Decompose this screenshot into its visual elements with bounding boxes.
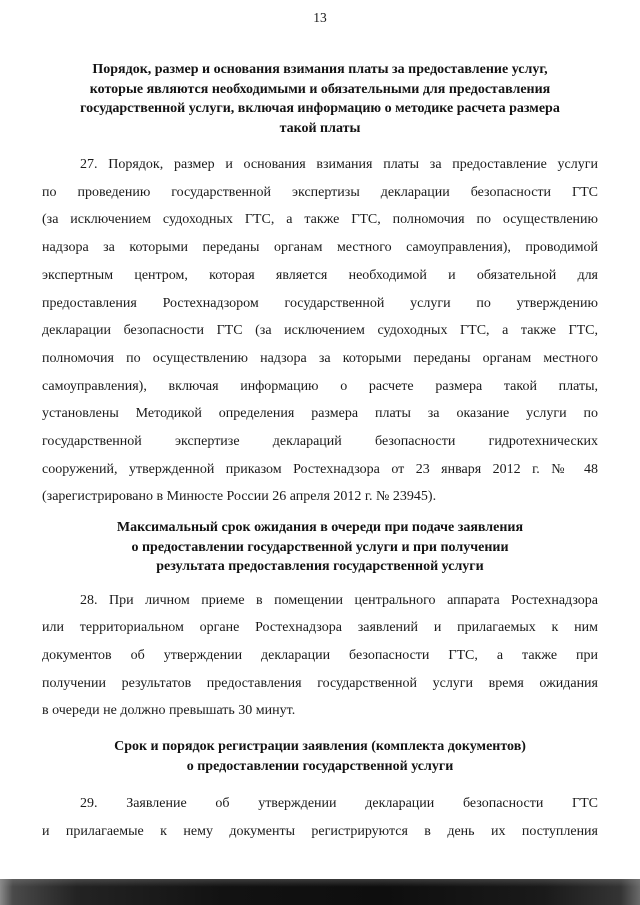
text-line: декларации безопасности ГТС (за исключен… bbox=[42, 317, 598, 345]
text-line: государственной экспертизе деклараций бе… bbox=[42, 428, 598, 456]
text-line: 27. Порядок, размер и основания взимания… bbox=[42, 151, 598, 179]
text-line: Порядок, размер и основания взимания пла… bbox=[42, 60, 598, 80]
text-line: по проведению государственной экспертизы… bbox=[42, 179, 598, 207]
scanner-edge-artifact-bar bbox=[0, 879, 640, 905]
text-line: (зарегистрировано в Минюсте России 26 ап… bbox=[42, 483, 598, 511]
text-line: 28. При личном приеме в помещении центра… bbox=[42, 587, 598, 615]
text-line: такой платы bbox=[42, 119, 598, 139]
text-line: полномочия по осуществлению надзора за к… bbox=[42, 345, 598, 373]
text-line: о предоставлении государственной услуги … bbox=[42, 538, 598, 558]
text-line: в очереди не должно превышать 30 минут. bbox=[42, 697, 598, 725]
paragraph-28: 28. При личном приеме в помещении центра… bbox=[42, 587, 598, 726]
text-line: получении результатов предоставления гос… bbox=[42, 670, 598, 698]
text-line: документов об утверждении декларации без… bbox=[42, 642, 598, 670]
page-number: 13 bbox=[42, 10, 598, 26]
paragraph-27: 27. Порядок, размер и основания взимания… bbox=[42, 151, 598, 511]
text-line: надзора за которыми переданы органам мес… bbox=[42, 234, 598, 262]
section-heading-payment-order: Порядок, размер и основания взимания пла… bbox=[42, 60, 598, 138]
text-line: 29. Заявление об утверждении декларации … bbox=[42, 790, 598, 818]
section-heading-max-waiting-time: Максимальный срок ожидания в очереди при… bbox=[42, 518, 598, 577]
text-line: предоставления Ростехнадзором государств… bbox=[42, 290, 598, 318]
text-line: Максимальный срок ожидания в очереди при… bbox=[42, 518, 598, 538]
section-heading-registration-term: Срок и порядок регистрации заявления (ко… bbox=[42, 737, 598, 776]
text-line: результата предоставления государственно… bbox=[42, 557, 598, 577]
text-line: о предоставлении государственной услуги bbox=[42, 757, 598, 777]
text-line: или территориальном органе Ростехнадзора… bbox=[42, 614, 598, 642]
paragraph-29: 29. Заявление об утверждении декларации … bbox=[42, 790, 598, 845]
text-line: государственной услуги, включая информац… bbox=[42, 99, 598, 119]
text-line: (за исключением судоходных ГТС, а также … bbox=[42, 206, 598, 234]
text-line: экспертным центром, которая является нео… bbox=[42, 262, 598, 290]
text-line: и прилагаемые к нему документы регистрир… bbox=[42, 818, 598, 846]
document-page: 13 Порядок, размер и основания взимания … bbox=[0, 0, 640, 846]
text-line: установлены Методикой определения размер… bbox=[42, 400, 598, 428]
text-line: сооружений, утвержденной приказом Ростех… bbox=[42, 456, 598, 484]
text-line: самоуправления), включая информацию о ра… bbox=[42, 373, 598, 401]
text-line: которые являются необходимыми и обязател… bbox=[42, 80, 598, 100]
text-line: Срок и порядок регистрации заявления (ко… bbox=[42, 737, 598, 757]
